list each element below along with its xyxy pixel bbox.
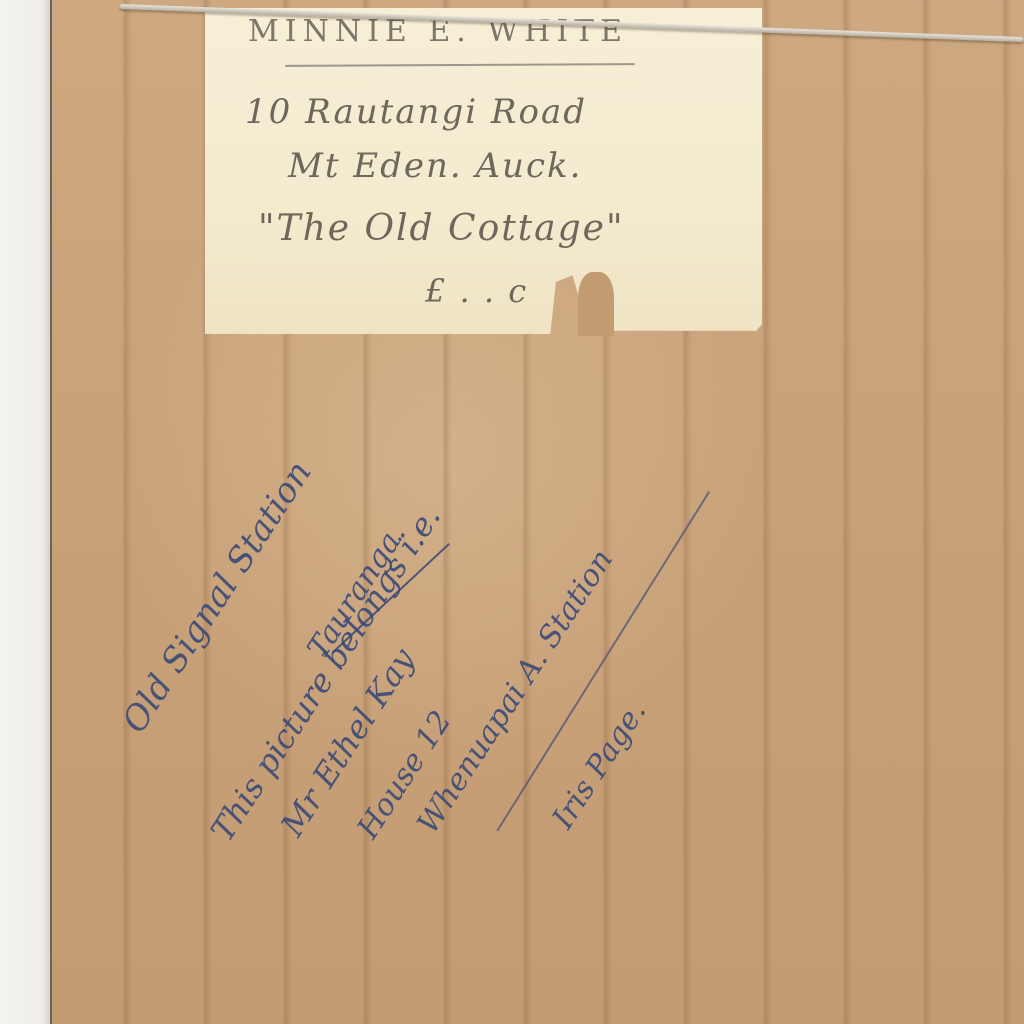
- label-address-line-1: 10 Rautangi Road: [245, 92, 587, 132]
- label-address-line-2: Mt Eden. Auck.: [288, 146, 582, 186]
- label-price: £ . . c: [425, 272, 528, 310]
- label-artwork-title: "The Old Cottage": [258, 208, 625, 249]
- label-tear: [578, 272, 614, 336]
- white-margin: [0, 0, 50, 1024]
